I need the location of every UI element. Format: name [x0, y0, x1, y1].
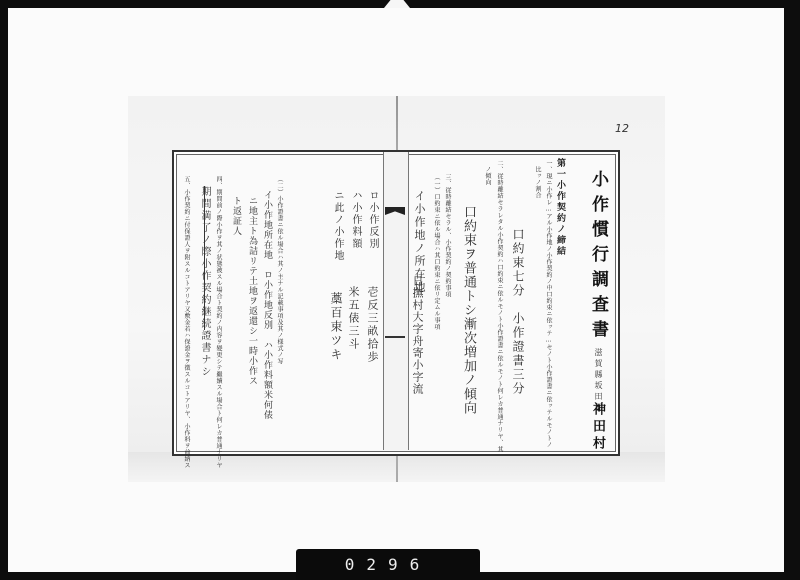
- answer-3-2-note: ニ地主ト為詰リテ土地ヲ返還シ一時小作ス: [247, 196, 256, 386]
- question-2: 二、従時離結セラレタル小作契約ハ口約束ニ依ルモノト小作證書ニ依ルモノト何レカ普通…: [496, 160, 502, 453]
- document-title: 小作慣行調査書: [589, 170, 606, 345]
- answer-3-1-rent: 米五俵三斗: [348, 286, 359, 351]
- answer-2: 口約束ヲ普通トシ漸次増加ノ傾向: [462, 205, 475, 415]
- village-name: 神田村: [591, 402, 604, 453]
- frame-counter-tab: 0296: [296, 549, 480, 580]
- answer-3-1-area: 壱反三畝拾歩: [367, 286, 378, 364]
- film-notch: [384, 0, 410, 8]
- answer-3-1-other: 藁百束ツキ: [330, 292, 342, 362]
- frame-counter: 0296: [296, 555, 480, 574]
- answer-3-2-guarantor: ト返証人: [231, 196, 240, 236]
- question-2-cont: ノ傾向: [484, 166, 490, 186]
- answer-5: 證書ナシ: [199, 330, 209, 378]
- question-1: 一、現ニ小作レ…アル小作地ノ小作契約ノ中口約束ニ依ッテ…セノト小作證書ニ依ッテル…: [545, 160, 551, 448]
- question-3: 三、従時離結セラル、小作契約ノ契約事項: [444, 174, 450, 298]
- question-3-2: （二）小作證書ニ依ル場合ハ其ノ主ナル記載事項及其ノ様式ノ写: [276, 176, 282, 365]
- question-5: 五、小作契約ニ付保證人ヲ附スルコトアリヤ又敷金若ハ保證金ヲ徴スルコトアリヤ、小作…: [183, 176, 189, 469]
- question-1-cont: 比ッノ割合: [534, 166, 540, 199]
- answer-3-1-rent-label: ハ小作料額: [350, 190, 360, 250]
- binding-strip: [383, 152, 409, 450]
- binding-line: [385, 336, 405, 338]
- question-3-1: （一）口約束ニ依ル場合ハ其口約束ニ依リ定ムル事項: [433, 174, 439, 330]
- answer-1: 口約束七分 小作證書三分: [512, 228, 524, 396]
- section-heading: 第一小作契約ノ締結: [555, 158, 564, 257]
- question-4: 四、期間前ノ際小作ヲ其ノ状態被スル場合ト契約ノ内容ヲ變更シテ繼續スル場合ト何レカ…: [215, 176, 221, 469]
- answer-4-struck: 期間満了ノ際小作契約継続: [199, 186, 209, 330]
- answer-3-1-location: 日撫村大字舟寄小字流: [412, 275, 423, 395]
- page-number-annotation: 12: [615, 122, 629, 135]
- answer-3-2-items: イ小作地所在地 ロ小作地反別 ハ小作料額米何俵: [262, 190, 271, 420]
- answer-3-1-area-label: ロ小作反別: [367, 190, 377, 250]
- answer-3-1-other-label: ニ此ノ小作地: [332, 190, 342, 262]
